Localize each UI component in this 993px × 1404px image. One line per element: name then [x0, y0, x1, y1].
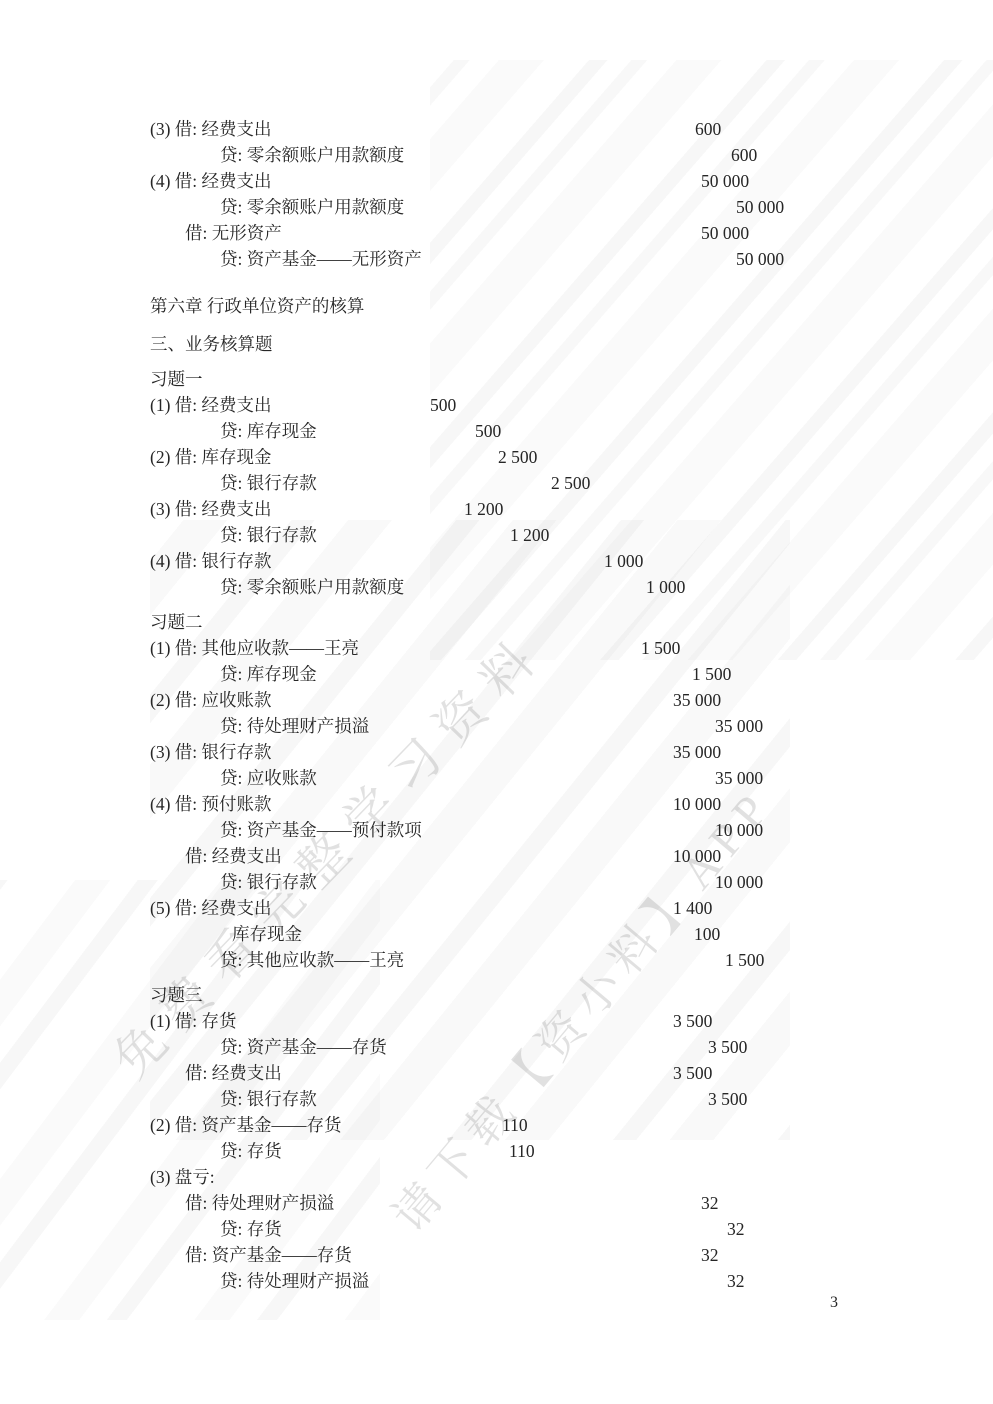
entry-text: (2) 借: 资产基金——存货 [0, 1112, 342, 1138]
entry-amount: 2 500 [498, 444, 537, 470]
entry-text: 贷: 待处理财产损溢 [0, 713, 369, 739]
entry-line: (2) 借: 库存现金2 500 [0, 444, 993, 470]
entry-line: 贷: 其他应收款——王亮1 500 [0, 947, 993, 973]
entry-line: (2) 借: 资产基金——存货110 [0, 1112, 993, 1138]
entry-text: (3) 借: 经费支出 [0, 116, 272, 142]
entry-line: 借: 经费支出3 500 [0, 1060, 993, 1086]
entry-amount: 35 000 [673, 687, 721, 713]
entry-text: (1) 借: 存货 [0, 1008, 237, 1034]
entry-amount: 1 000 [646, 574, 685, 600]
entry-amount: 1 200 [510, 522, 549, 548]
entry-amount: 50 000 [701, 220, 749, 246]
entry-text: (1) 借: 其他应收款——王亮 [0, 635, 359, 661]
entry-text: (3) 借: 银行存款 [0, 739, 272, 765]
entry-text: (5) 借: 经费支出 [0, 895, 272, 921]
entry-text: 贷: 应收账款 [0, 765, 317, 791]
entry-amount: 1 000 [604, 548, 643, 574]
entry-amount: 1 500 [725, 947, 764, 973]
entry-text: (3) 盘亏: [0, 1164, 215, 1190]
entry-line: 贷: 资产基金——预付款项10 000 [0, 817, 993, 843]
entry-amount: 100 [694, 921, 720, 947]
entry-amount: 2 500 [551, 470, 590, 496]
entry-text: (3) 借: 经费支出 [0, 496, 272, 522]
entry-line: 贷: 存货32 [0, 1216, 993, 1242]
entry-text: 第六章 行政单位资产的核算 [0, 293, 364, 319]
entry-amount: 50 000 [701, 168, 749, 194]
entry-text: 贷: 资产基金——存货 [0, 1034, 387, 1060]
entry-amount: 32 [701, 1190, 719, 1216]
entry-amount: 110 [502, 1112, 528, 1138]
entry-text: 库存现金 [0, 921, 302, 947]
entry-text: 贷: 库存现金 [0, 418, 317, 444]
entry-line: (1) 借: 经费支出500 [0, 392, 993, 418]
entry-amount: 10 000 [715, 869, 763, 895]
entry-line: (5) 借: 经费支出1 400 [0, 895, 993, 921]
section-heading: 三、业务核算题 [0, 331, 993, 357]
entry-text: 贷: 库存现金 [0, 661, 317, 687]
entry-text: 贷: 零余额账户用款额度 [0, 194, 404, 220]
entry-amount: 1 400 [673, 895, 712, 921]
entry-text: 习题三 [0, 982, 203, 1008]
entry-amount: 600 [695, 116, 721, 142]
chapter-heading: 第六章 行政单位资产的核算 [0, 293, 993, 319]
entry-line: 贷: 存货110 [0, 1138, 993, 1164]
entry-text: (1) 借: 经费支出 [0, 392, 272, 418]
entry-line: (3) 盘亏: [0, 1164, 993, 1190]
page-number: 3 [830, 1293, 838, 1313]
entry-text: 贷: 资产基金——预付款项 [0, 817, 422, 843]
entry-line: 贷: 零余额账户用款额度600 [0, 142, 993, 168]
entry-text: 习题一 [0, 366, 203, 392]
entry-line: 借: 资产基金——存货32 [0, 1242, 993, 1268]
entry-line: 贷: 应收账款35 000 [0, 765, 993, 791]
entry-line: (3) 借: 经费支出600 [0, 116, 993, 142]
entry-line: (4) 借: 银行存款1 000 [0, 548, 993, 574]
entry-line: 贷: 银行存款1 200 [0, 522, 993, 548]
entry-line: 贷: 资产基金——无形资产50 000 [0, 246, 993, 272]
entry-line: 借: 经费支出10 000 [0, 843, 993, 869]
entry-text: 借: 无形资产 [0, 220, 282, 246]
entry-line: (4) 借: 预付账款10 000 [0, 791, 993, 817]
exercise-heading: 习题三 [0, 982, 993, 1008]
entry-text: 借: 资产基金——存货 [0, 1242, 352, 1268]
entry-line: (3) 借: 银行存款35 000 [0, 739, 993, 765]
entry-amount: 10 000 [673, 791, 721, 817]
entry-line: 贷: 待处理财产损溢32 [0, 1268, 993, 1294]
accounting-entries: (3) 借: 经费支出600贷: 零余额账户用款额度600(4) 借: 经费支出… [0, 116, 993, 1294]
entry-text: 贷: 银行存款 [0, 1086, 317, 1112]
entry-line: 借: 待处理财产损溢32 [0, 1190, 993, 1216]
entry-text: 借: 经费支出 [0, 1060, 282, 1086]
entry-amount: 3 500 [673, 1060, 712, 1086]
entry-line: (1) 借: 存货3 500 [0, 1008, 993, 1034]
entry-line: 贷: 待处理财产损溢35 000 [0, 713, 993, 739]
entry-amount: 32 [727, 1216, 745, 1242]
entry-amount: 1 500 [692, 661, 731, 687]
entry-text: 贷: 零余额账户用款额度 [0, 142, 404, 168]
entry-line: (1) 借: 其他应收款——王亮1 500 [0, 635, 993, 661]
entry-text: 贷: 零余额账户用款额度 [0, 574, 404, 600]
entry-text: (4) 借: 预付账款 [0, 791, 272, 817]
entry-text: 贷: 资产基金——无形资产 [0, 246, 422, 272]
entry-line: (3) 借: 经费支出1 200 [0, 496, 993, 522]
entry-amount: 500 [430, 392, 456, 418]
entry-text: (2) 借: 应收账款 [0, 687, 272, 713]
entry-text: (4) 借: 银行存款 [0, 548, 272, 574]
entry-line: 库存现金100 [0, 921, 993, 947]
entry-amount: 3 500 [673, 1008, 712, 1034]
entry-amount: 32 [701, 1242, 719, 1268]
entry-amount: 32 [727, 1268, 745, 1294]
entry-text: 贷: 其他应收款——王亮 [0, 947, 404, 973]
document-page: 免费看完整学习资料 请下载【资小料】APP (3) 借: 经费支出600贷: 零… [0, 0, 993, 1404]
entry-line: 贷: 零余额账户用款额度50 000 [0, 194, 993, 220]
entry-line: 借: 无形资产50 000 [0, 220, 993, 246]
entry-amount: 35 000 [715, 713, 763, 739]
entry-line: (2) 借: 应收账款35 000 [0, 687, 993, 713]
entry-line: (4) 借: 经费支出50 000 [0, 168, 993, 194]
entry-line: 贷: 银行存款3 500 [0, 1086, 993, 1112]
entry-line: 贷: 资产基金——存货3 500 [0, 1034, 993, 1060]
entry-amount: 10 000 [715, 817, 763, 843]
entry-text: (2) 借: 库存现金 [0, 444, 272, 470]
entry-amount: 1 500 [641, 635, 680, 661]
exercise-heading: 习题二 [0, 609, 993, 635]
entry-amount: 1 200 [464, 496, 503, 522]
entry-line: 贷: 零余额账户用款额度1 000 [0, 574, 993, 600]
entry-text: 贷: 银行存款 [0, 470, 317, 496]
entry-amount: 500 [475, 418, 501, 444]
entry-text: 借: 经费支出 [0, 843, 282, 869]
entry-text: 贷: 待处理财产损溢 [0, 1268, 369, 1294]
entry-line: 贷: 银行存款10 000 [0, 869, 993, 895]
entry-amount: 3 500 [708, 1034, 747, 1060]
entry-line: 贷: 库存现金1 500 [0, 661, 993, 687]
entry-amount: 600 [731, 142, 757, 168]
entry-amount: 10 000 [673, 843, 721, 869]
entry-text: 习题二 [0, 609, 203, 635]
entry-amount: 35 000 [715, 765, 763, 791]
entry-amount: 110 [509, 1138, 535, 1164]
entry-text: 三、业务核算题 [0, 331, 273, 357]
entry-text: 贷: 存货 [0, 1138, 282, 1164]
entry-amount: 3 500 [708, 1086, 747, 1112]
entry-text: 贷: 存货 [0, 1216, 282, 1242]
exercise-heading: 习题一 [0, 366, 993, 392]
entry-amount: 35 000 [673, 739, 721, 765]
entry-text: 借: 待处理财产损溢 [0, 1190, 334, 1216]
entry-text: 贷: 银行存款 [0, 869, 317, 895]
entry-amount: 50 000 [736, 246, 784, 272]
entry-line: 贷: 库存现金500 [0, 418, 993, 444]
entry-text: 贷: 银行存款 [0, 522, 317, 548]
entry-line: 贷: 银行存款2 500 [0, 470, 993, 496]
entry-amount: 50 000 [736, 194, 784, 220]
entry-text: (4) 借: 经费支出 [0, 168, 272, 194]
